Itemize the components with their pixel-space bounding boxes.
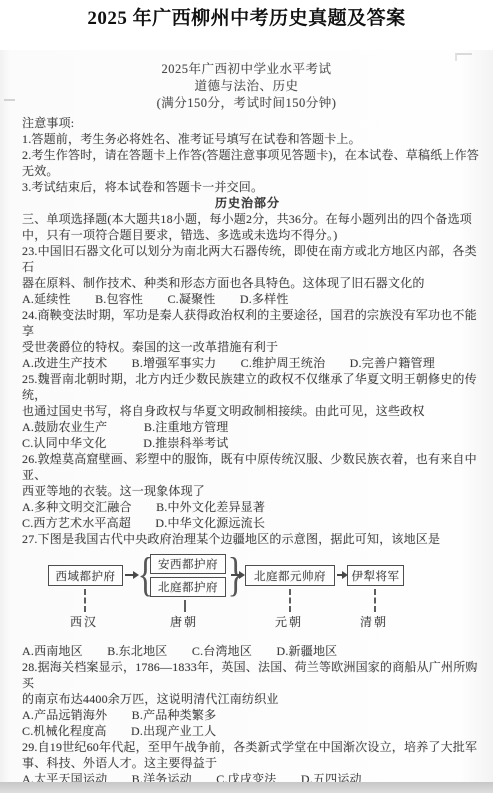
question-29-text: 事、科技、外语人才。这主要得益于 (22, 755, 473, 771)
dynasty-label-tangchao: 唐朝 (159, 613, 209, 630)
question-23-options: A.延续性 B.包容性 C.凝聚性 D.多样性 (22, 291, 473, 307)
notice-item: 3.考试结束后，将本试卷和答题卡一并交回。 (22, 179, 473, 195)
question-24-text: 享 (22, 323, 473, 339)
question-26-text: 26.敦煌莫高窟壁画、彩塑中的服饰，既有中原传统汉服、少数民族衣着，也有来自中 (22, 451, 473, 467)
exam-body-lower: A.西南地区 B.东北地区 C.台湾地区 D.新疆地区 28.据海关档案显示，1… (22, 643, 473, 787)
question-28-text: 28.据海关档案显示，1786—1833年，英国、法国、荷兰等欧洲国家的商船从广… (22, 659, 473, 675)
question-26-options: A.多种文明交汇融合 B.中外文化差异显著 (22, 499, 473, 515)
question-24-text: 受世袭爵位的特权。秦国的这一改革措施有利于 (22, 339, 473, 355)
question-29-text: 29.自19世纪60年代起，至甲午战争前，各类新式学堂在中国渐次设立，培养了大批… (22, 739, 473, 755)
dashed-connector (84, 589, 86, 612)
question-27-text: 27.下图是我国古代中央政府治理某个边疆地区的示意图，据此可知，该地区是 (22, 531, 473, 547)
question-25-text: 统， (22, 387, 473, 403)
dashed-connector (374, 589, 376, 612)
diagram-box-beiting-duyuanshuaifu: 北庭都元帅府 (245, 565, 335, 586)
question-25-text: 也通过国史书写，将自身政权与华夏文明政制相接续。由此可见，这些政权 (22, 403, 473, 419)
dynasty-label-qingchao: 清朝 (349, 613, 399, 630)
question-28-options: C.机械化程度高 D.出现产业工人 (22, 723, 473, 739)
question-26-text: 西亚等地的衣装。这一现象体现了 (22, 483, 473, 499)
question-25-options: C.认同中华文化 D.推崇科举考试 (22, 435, 473, 451)
question-24-text: 24.商鞅变法时期，军功是秦人获得政治权利的主要途径，国君的宗族没有军功也不能 (22, 307, 473, 323)
scan-bottom-shadow (0, 782, 493, 793)
question-28-options: A.产品远销海外 B.产品种类繁多 (22, 707, 473, 723)
section-intro: 三、单项选择题(本大题共18小题，每小题2分，共36分。在每小题列出的四个备选项 (22, 211, 473, 227)
question-24-options: A.改进生产技术 B.增强军事实力 C.维护周王统治 D.完善户籍管理 (22, 355, 473, 371)
flow-arrow-icon (125, 574, 133, 576)
dynasty-label-yuanchao: 元朝 (264, 613, 314, 630)
notice-item: 无效。 (22, 163, 473, 179)
question-23-text: 器在原料、制作技术、种类和形态方面也各具特色。这体现了旧石器文化的 (22, 275, 473, 291)
question-28-text: 的南京布达4400余万匹，这说明清代江南纺织业 (22, 691, 473, 707)
scan-artifact-left (4, 94, 15, 101)
question-25-options: A.鼓励农业生产 B.注重地方管理 (22, 419, 473, 435)
dashed-connector (184, 600, 186, 612)
dynasty-label-xihan: 西汉 (59, 613, 109, 630)
question-27-flow-diagram: 西域都护府 { 安西都护府 北庭都护府 } 北庭都元帅府 伊犁将军 西汉 唐朝 … (0, 547, 493, 635)
exam-subject: 道德与法治、历史 (0, 78, 493, 95)
question-23-text: 23.中国旧石器文化可以划分为南北两大石器传统，即使在南方或北方地区内部，各类 (22, 243, 473, 259)
notice-item: 1.答题前，考生务必将姓名、准考证号填写在试卷和答题卡上。 (22, 131, 473, 147)
notice-heading: 注意事项: (22, 115, 473, 131)
section-intro: 中，只有一项符合题目要求，错选、多选或未选均不得分。) (22, 227, 473, 243)
diagram-box-beiting-duhufu: 北庭都护府 (150, 577, 226, 597)
diagram-box-xiyu-duhufu: 西域都护府 (48, 565, 123, 586)
exam-score-time: (满分150分，考试时间150分钟) (0, 95, 493, 112)
question-26-options: C.西方艺术水平高超 D.中华文化源远流长 (22, 515, 473, 531)
section-heading: 历史治部分 (22, 195, 473, 211)
diagram-box-anxi-duhufu: 安西都护府 (150, 554, 226, 574)
scan-artifact-right (455, 53, 472, 61)
flow-arrow-icon (337, 574, 342, 576)
notice-item: 2.考生作答时，请在答题卡上作答(答题注意事项见答题卡)，在本试卷、草稿纸上作答 (22, 147, 473, 163)
question-28-text: 买 (22, 675, 473, 691)
flow-arrow-icon (231, 574, 239, 576)
diagram-box-yili-jiangjun: 伊犁将军 (347, 565, 404, 586)
dashed-connector (289, 589, 291, 612)
page-title: 2025 年广西柳州中考历史真题及答案 (0, 0, 493, 31)
question-25-text: 25.魏晋南北朝时期，北方内迁少数民族建立的政权不仅继承了华夏文明王朝修史的传 (22, 371, 473, 387)
question-26-text: 亚、 (22, 467, 473, 483)
exam-sheet-scan: 2025年广西初中学业水平考试 道德与法治、历史 (满分150分，考试时间150… (0, 50, 493, 793)
exam-title: 2025年广西初中学业水平考试 (0, 61, 493, 78)
exam-body-upper: 注意事项: 1.答题前，考生务必将姓名、准考证号填写在试卷和答题卡上。 2.考生… (22, 115, 473, 547)
question-23-text: 石 (22, 259, 473, 275)
question-27-options: A.西南地区 B.东北地区 C.台湾地区 D.新疆地区 (22, 643, 473, 659)
exam-header: 2025年广西初中学业水平考试 道德与法治、历史 (满分150分，考试时间150… (0, 50, 493, 112)
